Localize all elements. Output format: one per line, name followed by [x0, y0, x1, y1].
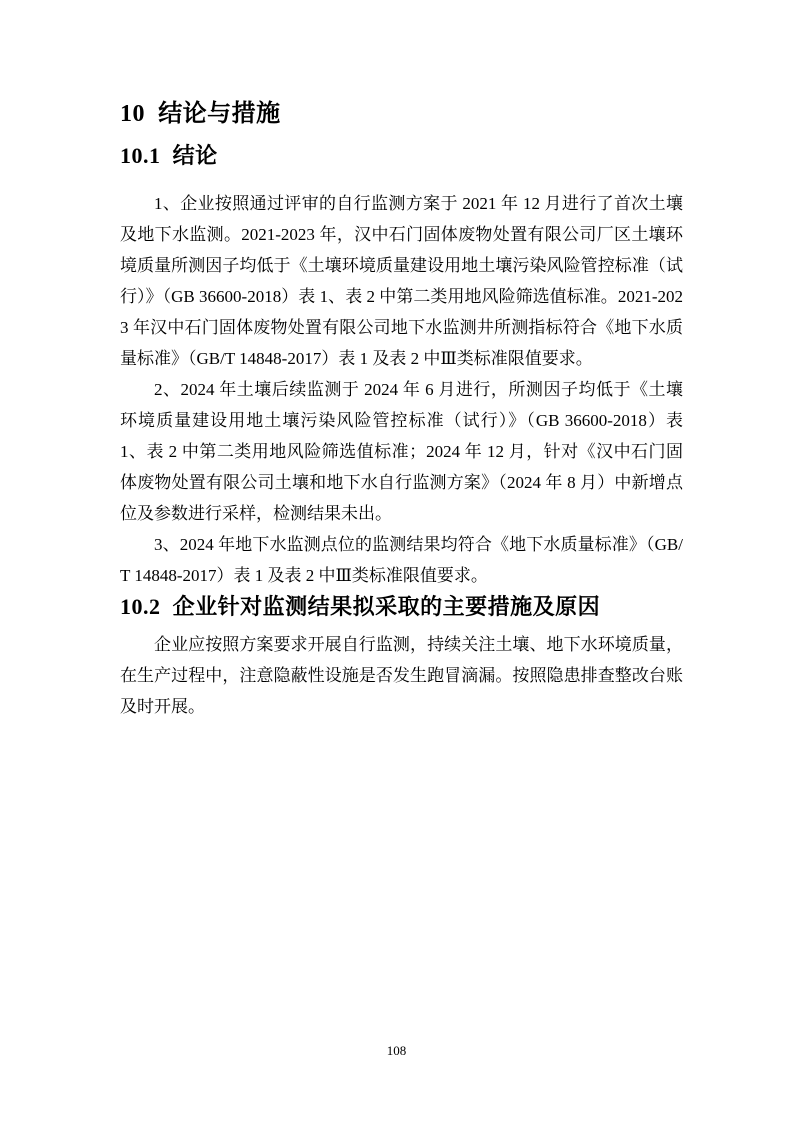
page-footer: 108 [0, 1042, 793, 1060]
chapter-title: 结论与措施 [158, 101, 281, 127]
conclusion-paragraph-2: 2、2024 年土壤后续监测于 2024 年 6 月进行，所测因子均低于《土壤环… [120, 374, 683, 529]
conclusion-paragraph-1: 1、企业按照通过评审的自行监测方案于 2021 年 12 月进行了首次土壤及地下… [120, 188, 683, 374]
section-number: 10.2 [120, 594, 161, 619]
section-title: 企业针对监测结果拟采取的主要措施及原因 [173, 594, 601, 619]
section-number: 10.1 [120, 143, 161, 168]
section-title: 结论 [173, 143, 218, 168]
measures-paragraph-1: 企业应按照方案要求开展自行监测，持续关注土壤、地下水环境质量，在生产过程中，注意… [120, 629, 683, 722]
document-page: 10结论与措施 10.1结论 1、企业按照通过评审的自行监测方案于 2021 年… [0, 0, 793, 1122]
page-content: 10结论与措施 10.1结论 1、企业按照通过评审的自行监测方案于 2021 年… [120, 98, 683, 722]
chapter-number: 10 [120, 101, 145, 127]
section-heading-conclusion: 10.1结论 [120, 142, 683, 170]
page-number: 108 [387, 1043, 407, 1058]
chapter-heading: 10结论与措施 [120, 98, 683, 130]
section-heading-measures: 10.2企业针对监测结果拟采取的主要措施及原因 [120, 593, 683, 621]
conclusion-paragraph-3: 3、2024 年地下水监测点位的监测结果均符合《地下水质量标准》（GB/T 14… [120, 529, 683, 591]
